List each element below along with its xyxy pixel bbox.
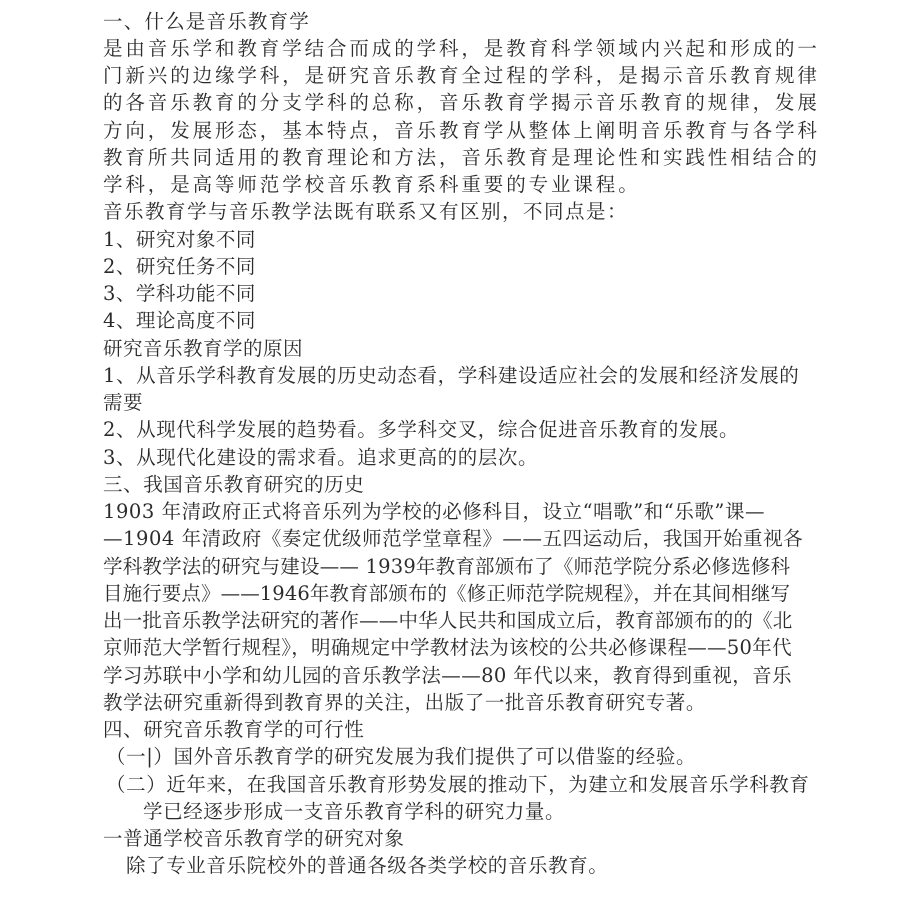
list-item: （一|）国外音乐教育学的研究发展为我们提供了可以借鉴的经验。 xyxy=(106,743,696,770)
paragraph-line: 目施行要点》——1946年教育部颁布的《修正师范学院规程》，并在其间相继写 xyxy=(103,580,790,607)
section-heading-reasons: 研究音乐教育学的原因 xyxy=(103,335,303,362)
section-heading-3: 三、我国音乐教育研究的历史 xyxy=(103,471,364,498)
paragraph-line: 学习苏联中小学和幼儿园的音乐教学法——80 年代以来，教育得到重视，音乐 xyxy=(103,662,792,689)
list-item-continuation: 学已经逐步形成一支音乐教育学科的研究力量。 xyxy=(143,798,565,825)
list-item: 4、理论高度不同 xyxy=(103,307,256,334)
paragraph-line: 教育所共同适用的教育理论和方法，音乐教育是理论性和实践性相结合的 xyxy=(103,144,820,171)
paragraph-line: 方向，发展形态，基本特点，音乐教育学从整体上阐明音乐教育与各学科 xyxy=(103,117,820,144)
paragraph-line: 1903 年清政府正式将音乐列为学校的必修科目，设立“唱歌”和“乐歌”课— xyxy=(103,498,765,525)
paragraph-line: 京师范大学暂行规程》，明确规定中学教材法为该校的公共必修课程——50年代 xyxy=(103,634,792,661)
document-page: 一、什么是音乐教育学 是由音乐学和教育学结合而成的学科，是教育科学领域内兴起和形… xyxy=(0,0,915,909)
list-item: 需要 xyxy=(103,389,143,416)
paragraph-line: —1904 年清政府《奏定优级师范学堂章程》——五四运动后，我国开始重视各 xyxy=(103,525,803,552)
paragraph-line: 除了专业音乐院校外的普通各级各类学校的音乐教育。 xyxy=(126,852,608,879)
list-item: 1、研究对象不同 xyxy=(103,226,256,253)
paragraph-line: 音乐教育学与音乐教学法既有联系又有区别，不同点是： xyxy=(103,198,628,225)
paragraph-line: 门新兴的边缘学科，是研究音乐教育全过程的学科，是揭示音乐教育规律 xyxy=(103,62,820,89)
section-heading-4: 四、研究音乐教育学的可行性 xyxy=(103,716,364,743)
list-item: （二）近年来，在我国音乐教育形势发展的推动下，为建立和发展音乐学科教育 xyxy=(106,771,810,798)
list-item: 3、学科功能不同 xyxy=(103,280,256,307)
paragraph-line: 出一批音乐教学法研究的著作——中华人民共和国成立后，教育部颁布的的《北 xyxy=(103,607,793,634)
section-heading-1: 一、什么是音乐教育学 xyxy=(103,8,310,35)
paragraph-line: 是由音乐学和教育学结合而成的学科，是教育科学领域内兴起和形成的一 xyxy=(103,35,820,62)
paragraph-line: 学科教学法的研究与建设—— 1939年教育部颁布了《师范学院分系必修选修科 xyxy=(103,553,790,580)
list-item: 3、从现代化建设的需求看。追求更高的的层次。 xyxy=(103,444,538,471)
paragraph-line: 的各音乐教育的分支学科的总称，音乐教育学揭示音乐教育的规律，发展 xyxy=(103,89,820,116)
list-item: 2、研究任务不同 xyxy=(103,253,256,280)
list-item: 2、从现代科学发展的趋势看。多学科交叉，综合促进音乐教育的发展。 xyxy=(103,416,739,443)
list-item: 1、从音乐学科教育发展的历史动态看，学科建设适应社会的发展和经济发展的 xyxy=(103,362,799,389)
section-heading-research-object: 一普通学校音乐教育学的研究对象 xyxy=(103,825,405,852)
paragraph-line: 教学法研究重新得到教育界的关注，出版了一批音乐教育研究专著。 xyxy=(103,689,706,716)
paragraph-line: 学科，是高等师范学校音乐教育系科重要的专业课程。 xyxy=(103,171,641,198)
